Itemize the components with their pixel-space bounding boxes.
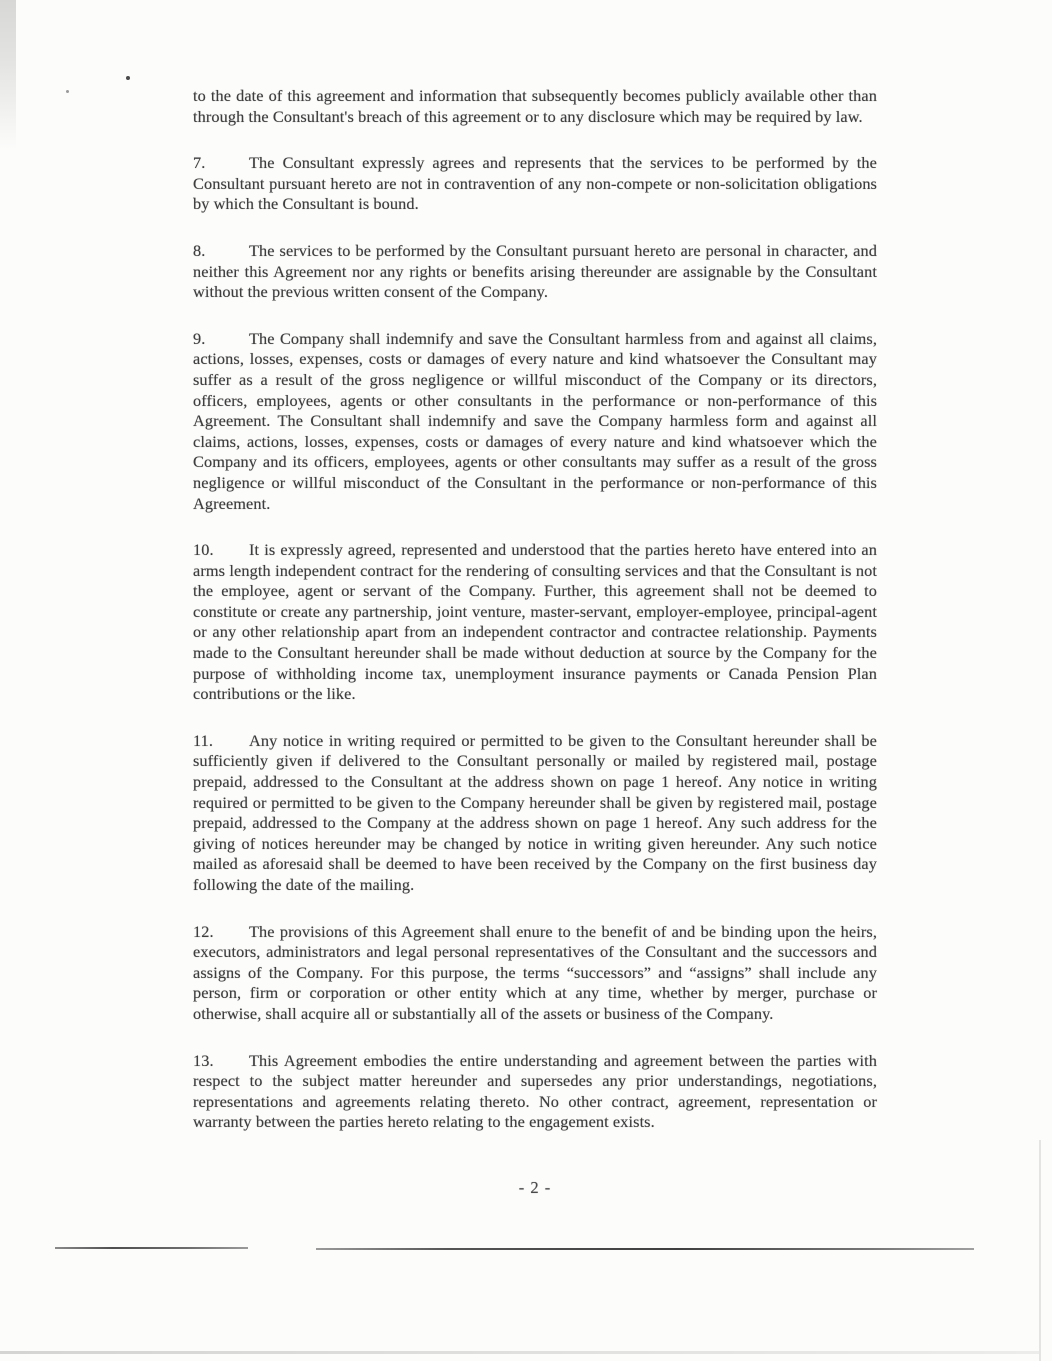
scan-right-edge: [1039, 1140, 1041, 1361]
scan-speck: [66, 90, 69, 93]
paragraph-text: Any notice in writing required or permit…: [193, 731, 877, 894]
page-number: - 2 -: [193, 1178, 877, 1198]
paragraph-number: 9.: [193, 329, 249, 350]
footer-rule-left: [55, 1247, 248, 1249]
paragraph-11: 11.Any notice in writing required or per…: [193, 731, 877, 896]
paragraph-10: 10.It is expressly agreed, represented a…: [193, 540, 877, 705]
paragraph-text: The services to be performed by the Cons…: [193, 241, 877, 301]
document-body: to the date of this agreement and inform…: [193, 86, 877, 1159]
paragraph-8: 8.The services to be performed by the Co…: [193, 241, 877, 303]
paragraph-9: 9.The Company shall indemnify and save t…: [193, 329, 877, 514]
paragraph-7: 7.The Consultant expressly agrees and re…: [193, 153, 877, 215]
paragraph-text: The provisions of this Agreement shall e…: [193, 922, 877, 1023]
paragraph-13: 13.This Agreement embodies the entire un…: [193, 1051, 877, 1133]
paragraph-text: The Company shall indemnify and save the…: [193, 329, 877, 513]
paragraph-text: This Agreement embodies the entire under…: [193, 1051, 877, 1132]
scan-edge-artifact: [0, 0, 16, 150]
scan-speck: [126, 76, 130, 80]
paragraph-number: 11.: [193, 731, 249, 752]
scan-bottom-edge: [0, 1351, 1041, 1354]
paragraph-number: 10.: [193, 540, 249, 561]
footer-rule-right: [316, 1248, 974, 1250]
paragraph-text: to the date of this agreement and inform…: [193, 86, 877, 126]
paragraph-12: 12.The provisions of this Agreement shal…: [193, 922, 877, 1025]
paragraph-text: The Consultant expressly agrees and repr…: [193, 153, 877, 213]
scanned-document-page: to the date of this agreement and inform…: [0, 0, 1052, 1361]
paragraph-number: 7.: [193, 153, 249, 174]
paragraph-number: 12.: [193, 922, 249, 943]
paragraph-6-continuation: to the date of this agreement and inform…: [193, 86, 877, 127]
paragraph-number: 13.: [193, 1051, 249, 1072]
paragraph-number: 8.: [193, 241, 249, 262]
paragraph-text: It is expressly agreed, represented and …: [193, 540, 877, 703]
